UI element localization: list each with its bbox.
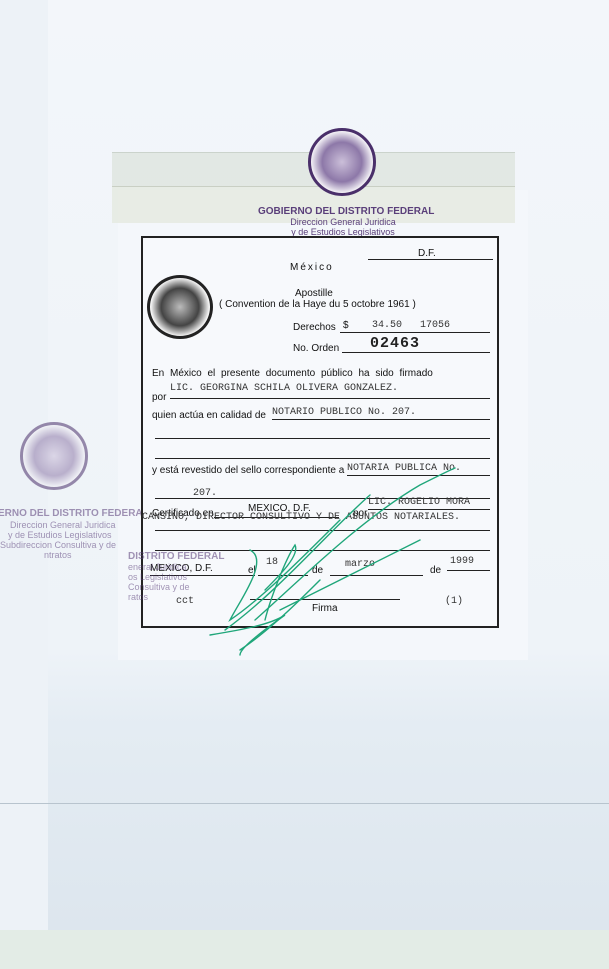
signature-scribble-icon [0,0,609,969]
